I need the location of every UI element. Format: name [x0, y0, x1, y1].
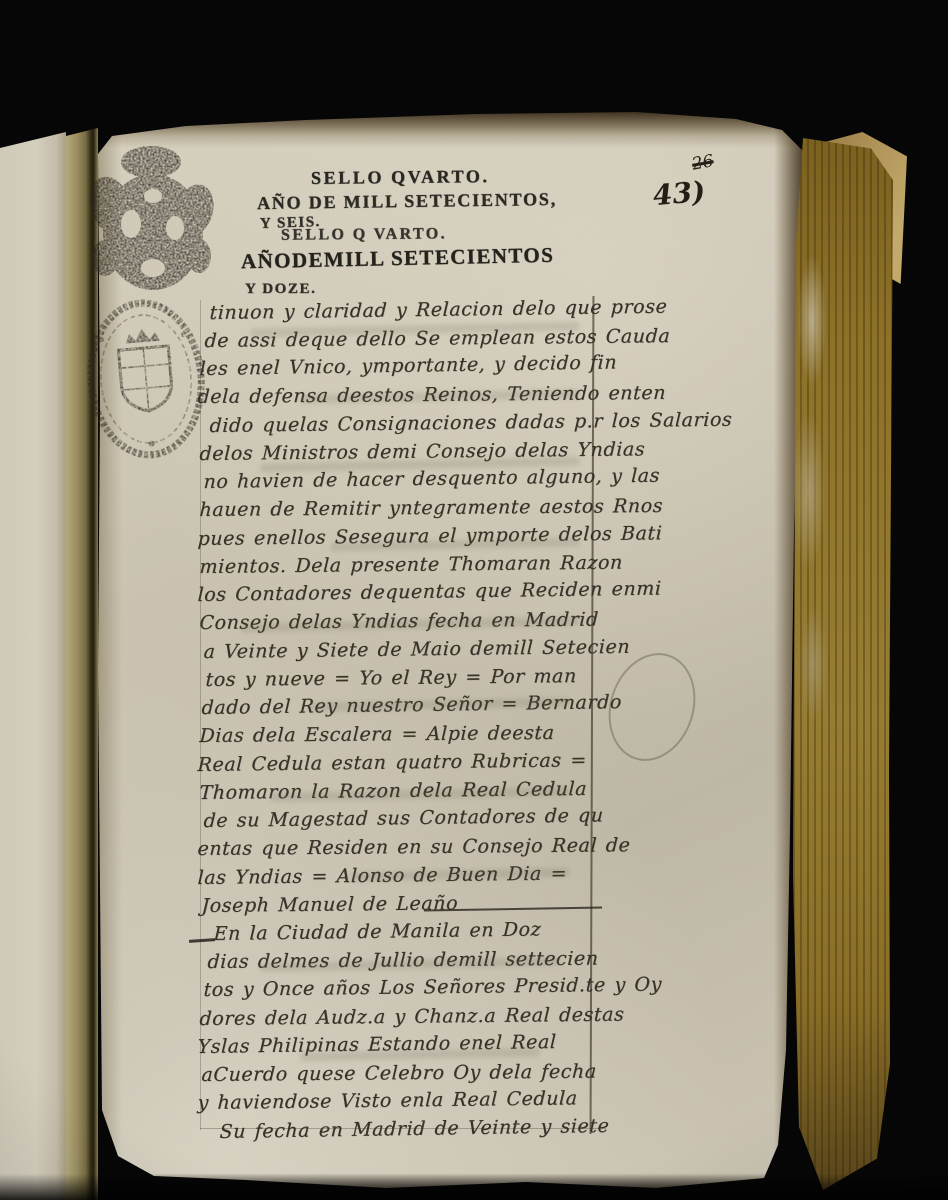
- stamp1-line1: SELLO QVARTO.: [311, 166, 490, 189]
- manuscript-line: aCuerdo quese Celebro Oy dela fecha: [201, 1061, 597, 1086]
- manuscript-line: mientos. Dela presente Thomaran Razon: [199, 552, 623, 578]
- manuscript-line: En la Ciudad de Manila en Doz: [213, 918, 542, 945]
- folio-number: 43): [652, 175, 707, 212]
- royal-arms-ink-stamp-icon: [83, 140, 217, 302]
- folio-crossed-number: 26: [690, 151, 715, 174]
- book-fore-edge: [793, 138, 893, 1190]
- facing-page-edge: [0, 126, 66, 1200]
- manuscript-line: y haviendose Visto enla Real Cedula: [197, 1087, 578, 1114]
- manuscript-photo: SELLO QVARTO. AÑO DE MILL SETECIENTOS, Y…: [0, 0, 948, 1200]
- manuscript-line: Dias dela Escalera = Alpie deesta: [199, 722, 555, 747]
- manuscript-line: Joseph Manuel de Leaño: [201, 892, 459, 917]
- manuscript-line: tos y nueve = Yo el Rey = Por man: [205, 665, 577, 691]
- manuscript-line: hauen de Remitir yntegramente aestos Rno…: [199, 495, 664, 521]
- manuscript-line: dores dela Audz.a y Chanz.a Real destas: [199, 1004, 625, 1030]
- stamp2-line1: SELLO Q VARTO.: [281, 225, 447, 244]
- stamp2-line3: Y DOZE.: [245, 281, 317, 298]
- manuscript-line: entas que Residen en su Consejo Real de: [197, 834, 631, 860]
- stamp1-line2: AÑO DE MILL SETECIENTOS,: [257, 189, 557, 214]
- philippvs-circular-seal-icon: [85, 296, 207, 462]
